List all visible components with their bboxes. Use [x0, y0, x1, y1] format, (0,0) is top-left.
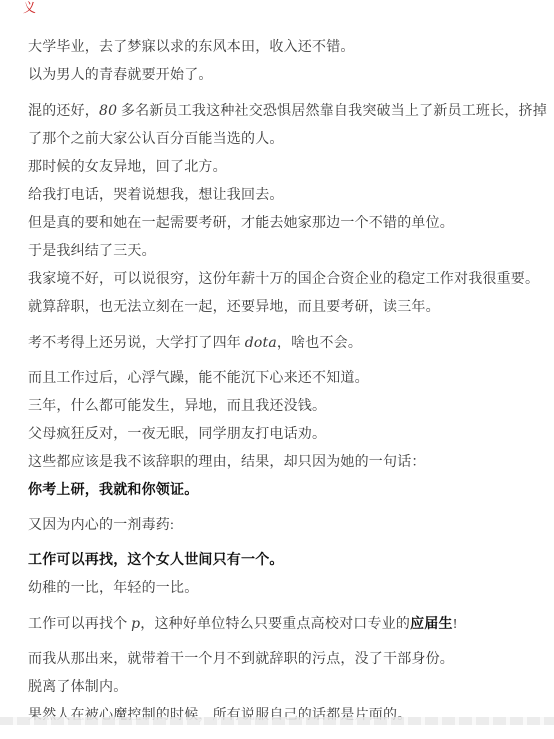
text-segment: ，这种好单位特么只要重点高校对口专业的 [140, 617, 410, 632]
paragraph-bold: 工作可以再找，这个女人世间只有一个。 [28, 547, 548, 575]
document-page: 义 大学毕业，去了梦寐以求的东风本田，收入还不错。 以为男人的青春就要开始了。 … [0, 0, 554, 739]
paragraph: 又因为内心的一剂毒药: [28, 512, 548, 540]
text-segment: ! [453, 617, 458, 632]
text-segment-bold: 应届生 [410, 617, 453, 632]
paragraph: 混的还好，80 多名新员工我这种社交恐惧居然靠自我突破当上了新员工班长，挤掉了那… [28, 97, 548, 154]
paragraph: 父母疯狂反对，一夜无眠，同学朋友打电话劝。 [28, 421, 548, 449]
text-segment-latin: p [131, 616, 140, 632]
text-segment: 工作可以再找个 [28, 617, 131, 632]
paragraph: 幼稚的一比，年轻的一比。 [28, 575, 548, 603]
paragraph: 我家境不好，可以说很穷，这份年薪十万的国企合资企业的稳定工作对我很重要。 [28, 266, 548, 294]
paragraph: 工作可以再找个 p，这种好单位特么只要重点高校对口专业的应届生! [28, 610, 548, 639]
paragraph: 那时候的女友异地，回了北方。 [28, 154, 548, 182]
text-segment: ，啥也不会。 [277, 336, 362, 351]
text-segment: 考不考得上还另说，大学打了四年 [28, 336, 245, 351]
faint-next-line-band [0, 717, 554, 725]
paragraph: 考不考得上还另说，大学打了四年 dota，啥也不会。 [28, 329, 548, 358]
paragraph: 果然人在被心魔控制的时候，所有说服自己的话都是片面的。 [28, 702, 548, 730]
paragraph: 于是我纠结了三天。 [28, 238, 548, 266]
paragraph: 三年，什么都可能发生，异地，而且我还没钱。 [28, 393, 548, 421]
paragraph: 给我打电话，哭着说想我，想让我回去。 [28, 182, 548, 210]
paragraph: 脱离了体制内。 [28, 674, 548, 702]
paragraph-bold: 你考上研，我就和你领证。 [28, 477, 548, 505]
text-segment: 混的还好， [28, 104, 99, 119]
paragraph: 而且工作过后，心浮气躁，能不能沉下心来还不知道。 [28, 365, 548, 393]
article-body: 大学毕业，去了梦寐以求的东风本田，收入还不错。 以为男人的青春就要开始了。 混的… [28, 34, 548, 730]
red-annotation-mark: 义 [23, 1, 36, 15]
paragraph: 以为男人的青春就要开始了。 [28, 62, 548, 90]
paragraph: 这些都应该是我不该辞职的理由，结果，却只因为她的一句话： [28, 449, 548, 477]
paragraph: 大学毕业，去了梦寐以求的东风本田，收入还不错。 [28, 34, 548, 62]
text-segment-latin: 80 [99, 103, 117, 119]
paragraph: 但是真的要和她在一起需要考研，才能去她家那边一个不错的单位。 [28, 210, 548, 238]
text-segment-latin: dota [245, 335, 277, 351]
paragraph: 就算辞职，也无法立刻在一起，还要异地，而且要考研，读三年。 [28, 294, 548, 322]
paragraph: 而我从那出来，就带着干一个月不到就辞职的污点，没了干部身份。 [28, 646, 548, 674]
